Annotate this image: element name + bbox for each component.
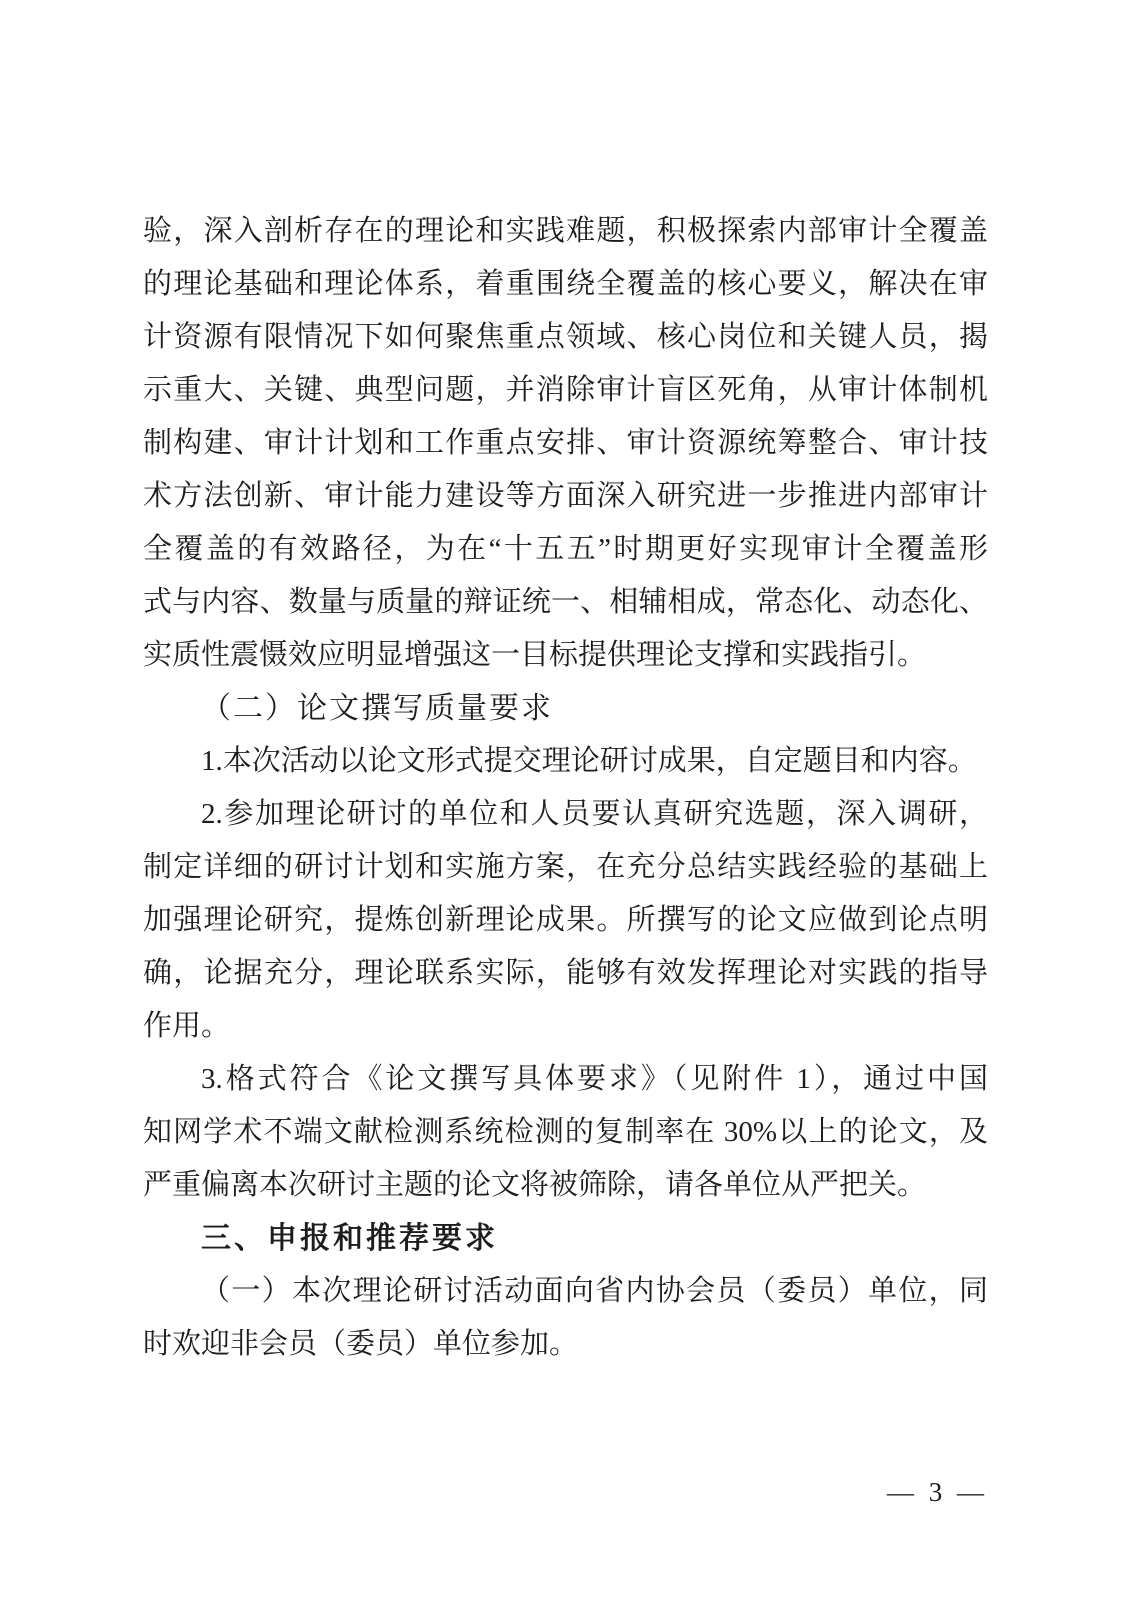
section-heading: （二）论文撰写质量要求 [143, 682, 988, 735]
text-line: 全覆盖的有效路径，为在“十五五”时期更好实现审计全覆盖形 [143, 523, 988, 576]
text-line: 2.参加理论研讨的单位和人员要认真研究选题，深入调研， [143, 788, 988, 841]
text-line: 实质性震慑效应明显增强这一目标提供理论支撑和实践指引。 [143, 629, 988, 682]
text-line: 制定详细的研讨计划和实施方案，在充分总结实践经验的基础上 [143, 841, 988, 894]
page-footer: — 3 — [0, 1476, 1131, 1508]
text-line: （一）本次理论研讨活动面向省内协会员（委员）单位，同 [143, 1265, 988, 1318]
text-line: 验，深入剖析存在的理论和实践难题，积极探索内部审计全覆盖 [143, 205, 988, 258]
paragraph: 1.本次活动以论文形式提交理论研讨成果，自定题目和内容。 [143, 735, 988, 788]
section-heading: 三、申报和推荐要求 [143, 1212, 988, 1265]
paragraph: 验，深入剖析存在的理论和实践难题，积极探索内部审计全覆盖的理论基础和理论体系，着… [143, 205, 988, 682]
text-line: 确，论据充分，理论联系实际，能够有效发挥理论对实践的指导 [143, 947, 988, 1000]
text-line: 制构建、审计计划和工作重点安排、审计资源统筹整合、审计技 [143, 417, 988, 470]
text-line: 示重大、关键、典型问题，并消除审计盲区死角，从审计体制机 [143, 364, 988, 417]
text-line: 3.格式符合《论文撰写具体要求》（见附件 1），通过中国 [143, 1053, 988, 1106]
text-line: 式与内容、数量与质量的辩证统一、相辅相成，常态化、动态化、 [143, 576, 988, 629]
text-line: （二）论文撰写质量要求 [143, 682, 988, 735]
text-line: 1.本次活动以论文形式提交理论研讨成果，自定题目和内容。 [143, 735, 988, 788]
paragraph: 2.参加理论研讨的单位和人员要认真研究选题，深入调研，制定详细的研讨计划和实施方… [143, 788, 988, 1053]
page-number: — 3 — [887, 1477, 988, 1507]
text-line: 计资源有限情况下如何聚焦重点领域、核心岗位和关键人员，揭 [143, 311, 988, 364]
text-line: 加强理论研究，提炼创新理论成果。所撰写的论文应做到论点明 [143, 894, 988, 947]
document-body: 验，深入剖析存在的理论和实践难题，积极探索内部审计全覆盖的理论基础和理论体系，着… [143, 205, 988, 1371]
text-line: 作用。 [143, 1000, 988, 1053]
text-line: 三、申报和推荐要求 [143, 1212, 988, 1265]
text-line: 时欢迎非会员（委员）单位参加。 [143, 1318, 988, 1371]
paragraph: （一）本次理论研讨活动面向省内协会员（委员）单位，同时欢迎非会员（委员）单位参加… [143, 1265, 988, 1371]
text-line: 知网学术不端文献检测系统检测的复制率在 30%以上的论文，及 [143, 1106, 988, 1159]
text-line: 严重偏离本次研讨主题的论文将被筛除，请各单位从严把关。 [143, 1159, 988, 1212]
paragraph: 3.格式符合《论文撰写具体要求》（见附件 1），通过中国知网学术不端文献检测系统… [143, 1053, 988, 1212]
text-line: 术方法创新、审计能力建设等方面深入研究进一步推进内部审计 [143, 470, 988, 523]
text-line: 的理论基础和理论体系，着重围绕全覆盖的核心要义，解决在审 [143, 258, 988, 311]
document-page: 验，深入剖析存在的理论和实践难题，积极探索内部审计全覆盖的理论基础和理论体系，着… [0, 0, 1131, 1600]
